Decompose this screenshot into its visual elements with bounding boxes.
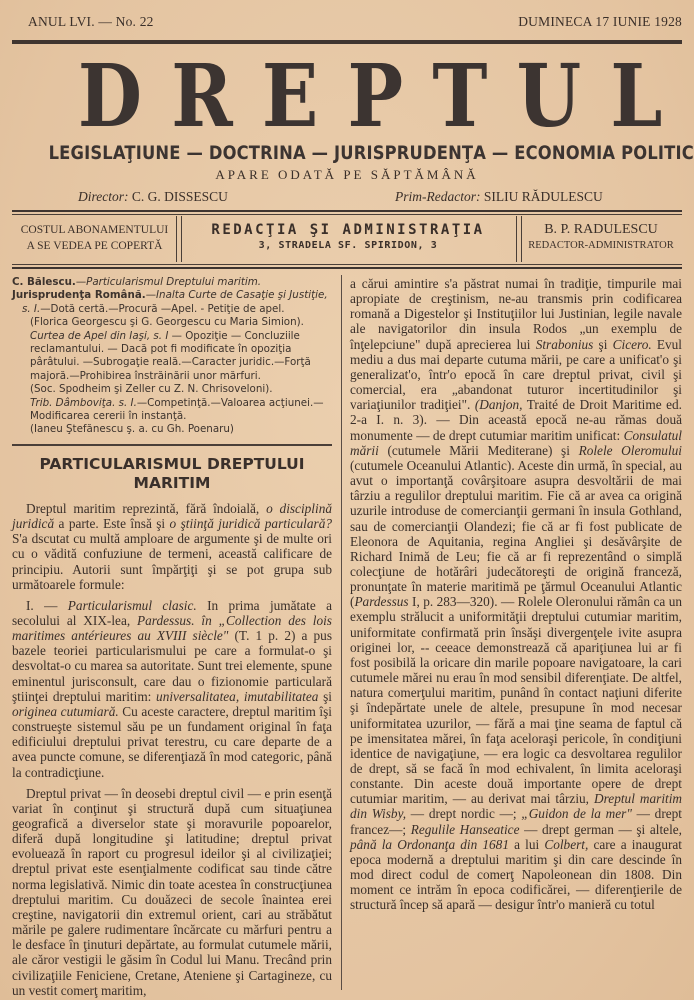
- redactor-credit: Prim-Redactor: SILIU RĂDULESCU: [395, 189, 603, 205]
- director-label: Director:: [78, 189, 129, 204]
- article-title: PARTICULARISMUL DREPTULUI MARITIM: [12, 455, 332, 493]
- infobox-bottom-rule-thin: [12, 264, 682, 265]
- redactor-name: SILIU RĂDULESCU: [484, 189, 603, 204]
- infobox-bottom-rule: [12, 267, 682, 269]
- article-paragraph: I. — Particularismul clasic. In prima ju…: [12, 598, 332, 780]
- subscription-info: COSTUL ABONAMENTULUI A SE VEDEA PE COPER…: [12, 216, 177, 268]
- newspaper-tagline: LEGISLAŢIUNE — DOCTRINA — JURISPRUDENŢA …: [49, 142, 646, 164]
- infobox-top-rule-thin: [12, 214, 682, 215]
- top-rule: [12, 40, 682, 44]
- summary-rule: [12, 444, 332, 446]
- left-column: C. Bălescu.—Particularismul Dreptului ma…: [12, 276, 332, 998]
- right-column: a cărui amintire s'a păstrat numai în tr…: [350, 276, 682, 913]
- director-credit: Director: C. G. DISSESCU: [78, 189, 228, 205]
- article-paragraph: Dreptul maritim reprezintă, fără îndoial…: [12, 501, 332, 592]
- infobox-top-rule: [12, 210, 682, 212]
- toc-item: Jurisprudenţa Română.—Inalta Curte de Ca…: [12, 289, 332, 302]
- toc-item: C. Bălescu.—Particularismul Dreptului ma…: [12, 276, 332, 289]
- issue-line: ANUL LVI. — No. 22 DUMINECA 17 IUNIE 192…: [28, 14, 682, 34]
- column-divider: [341, 275, 342, 990]
- office-title: REDACŢIA ŞI ADMINISTRAŢIA: [180, 222, 516, 238]
- toc-parties: (Florica Georgescu şi G. Georgescu cu Ma…: [12, 316, 332, 329]
- article-paragraph: Dreptul privat — în deosebi dreptul civi…: [12, 786, 332, 998]
- subscription-line-1: COSTUL ABONAMENTULUI: [12, 222, 177, 238]
- table-of-contents: C. Bălescu.—Particularismul Dreptului ma…: [12, 276, 332, 437]
- toc-subitem: Trib. Dâmboviţa. s. I.—Competinţă.—Valoa…: [12, 397, 332, 424]
- administrator-info: B. P. RADULESCU REDACTOR-ADMINISTRATOR: [520, 216, 682, 268]
- newspaper-page: ANUL LVI. — No. 22 DUMINECA 17 IUNIE 192…: [0, 0, 694, 1000]
- newspaper-title: DREPTUL: [49, 52, 646, 142]
- administrator-name: B. P. RADULESCU: [520, 222, 682, 238]
- issue-number: ANUL LVI. — No. 22: [28, 14, 154, 30]
- article-body-left: Dreptul maritim reprezintă, fără îndoial…: [12, 501, 332, 998]
- toc-parties: (Soc. Spodheim şi Zeller cu Z. N. Chriso…: [12, 383, 332, 396]
- subscription-line-2: A SE VEDEA PE COPERTĂ: [12, 238, 177, 254]
- toc-subitem: s. I.—Dotă certă.—Procură —Apel. - Petiţ…: [12, 303, 332, 316]
- info-box: COSTUL ABONAMENTULUI A SE VEDEA PE COPER…: [12, 216, 682, 262]
- toc-parties: (Ianeu Ştefănescu ş. a. cu Gh. Poenaru): [12, 423, 332, 436]
- publication-frequency: APARE ODATĂ PE SĂPTĂMÂNĂ: [0, 167, 694, 183]
- issue-date: DUMINECA 17 IUNIE 1928: [518, 14, 682, 30]
- article-body-right: a cărui amintire s'a păstrat numai în tr…: [350, 276, 682, 913]
- administrator-role: REDACTOR-ADMINISTRATOR: [520, 238, 682, 254]
- editorial-office: REDACŢIA ŞI ADMINISTRAŢIA 3, STRADELA SF…: [180, 216, 516, 268]
- article-paragraph: a cărui amintire s'a păstrat numai în tr…: [350, 276, 682, 913]
- toc-subitem: Curtea de Apel din Iaşi, s. I — Opoziţie…: [12, 330, 332, 384]
- director-name: C. G. DISSESCU: [132, 189, 228, 204]
- office-address: 3, STRADELA SF. SPIRIDON, 3: [180, 240, 516, 251]
- redactor-label: Prim-Redactor:: [395, 189, 480, 204]
